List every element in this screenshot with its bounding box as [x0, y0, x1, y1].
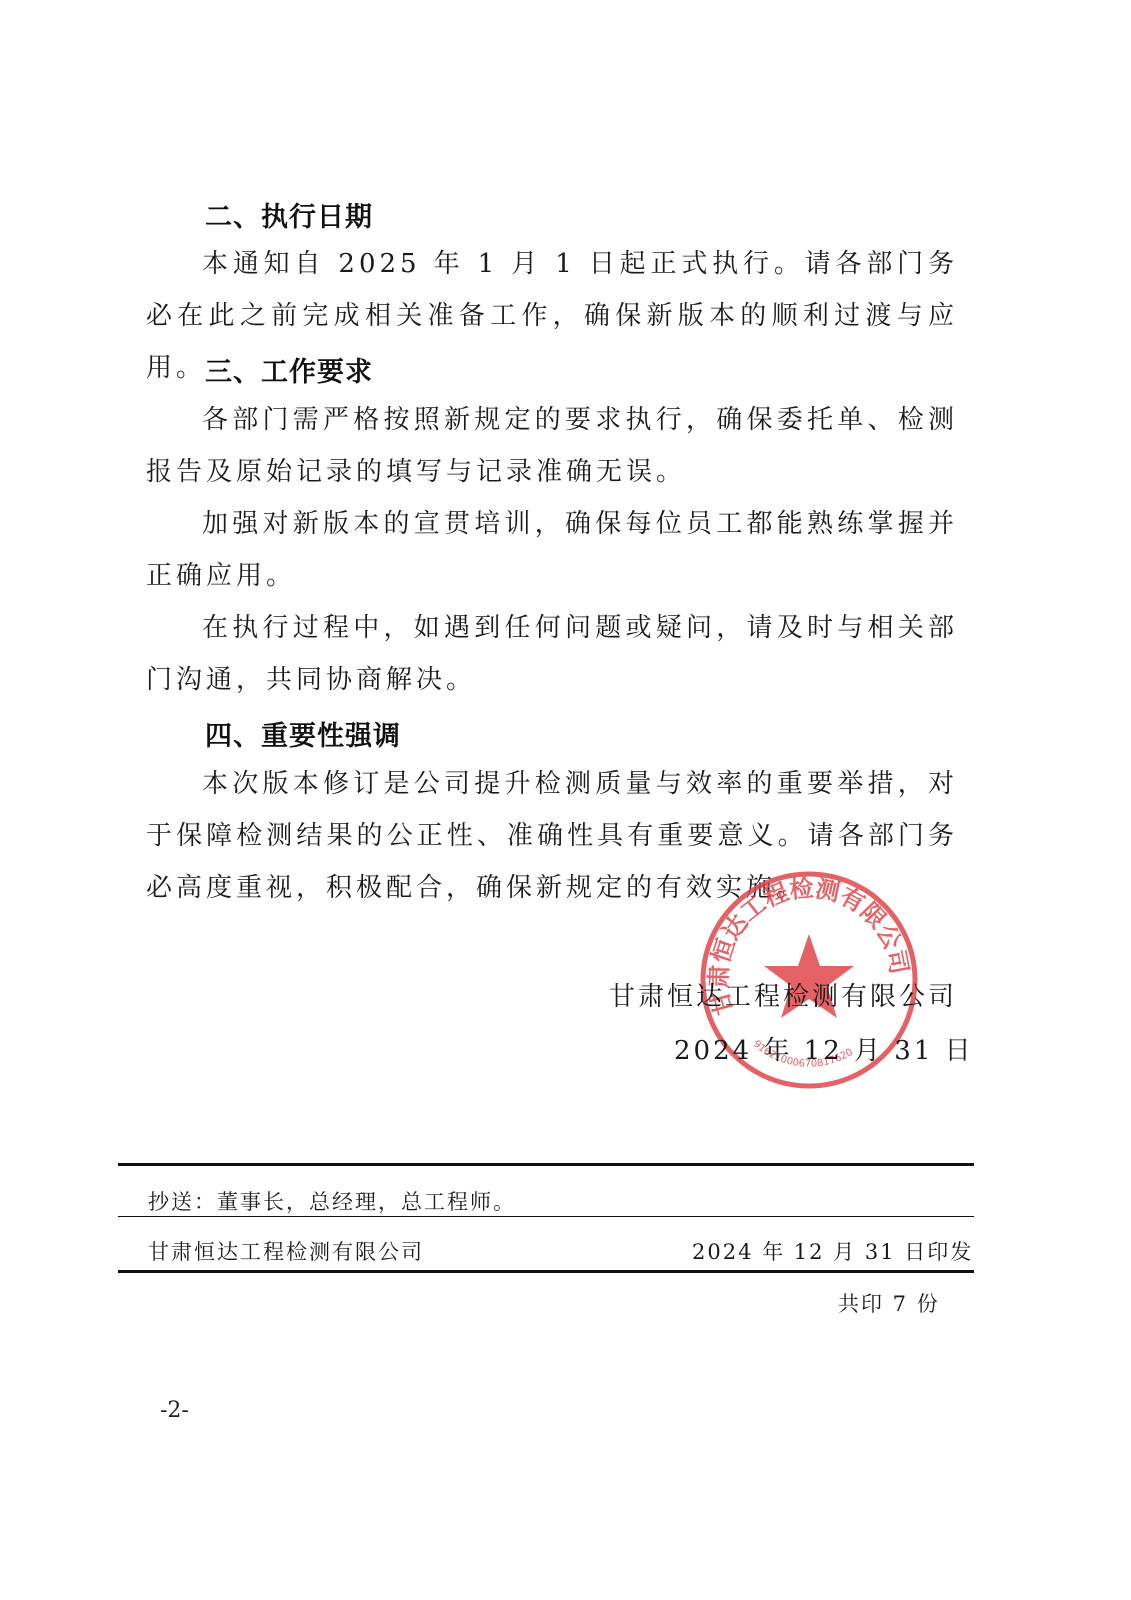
footer-top-rule [118, 1163, 974, 1166]
section-heading-work-requirements: 三、工作要求 [205, 350, 373, 389]
page-number: -2- [160, 1398, 189, 1423]
section-heading-execution-date: 二、执行日期 [205, 195, 373, 234]
footer-middle-rule [118, 1216, 974, 1217]
footer-bottom-rule [118, 1270, 974, 1273]
signature-company: 甘肃恒达工程检测有限公司 [609, 976, 957, 1013]
paragraph-requirement-2: 加强对新版本的宣贯培训，确保每位员工都能熟练掌握并正确应用。 [146, 498, 958, 602]
issue-date: 2024 年 12 月 31 日印发 [692, 1236, 973, 1266]
copies-count: 共印 7 份 [838, 1288, 940, 1318]
paragraph-requirement-3: 在执行过程中，如遇到任何问题或疑问，请及时与相关部门沟通，共同协商解决。 [146, 602, 958, 706]
section-heading-importance: 四、重要性强调 [205, 714, 401, 753]
signature-date: 2024 年 12 月 31 日 [674, 1030, 974, 1067]
issuer-name: 甘肃恒达工程检测有限公司 [148, 1236, 424, 1266]
cc-recipients: 抄送：董事长，总经理，总工程师。 [148, 1186, 516, 1216]
paragraph-requirement-1: 各部门需严格按照新规定的要求执行，确保委托单、检测报告及原始记录的填写与记录准确… [146, 394, 958, 498]
